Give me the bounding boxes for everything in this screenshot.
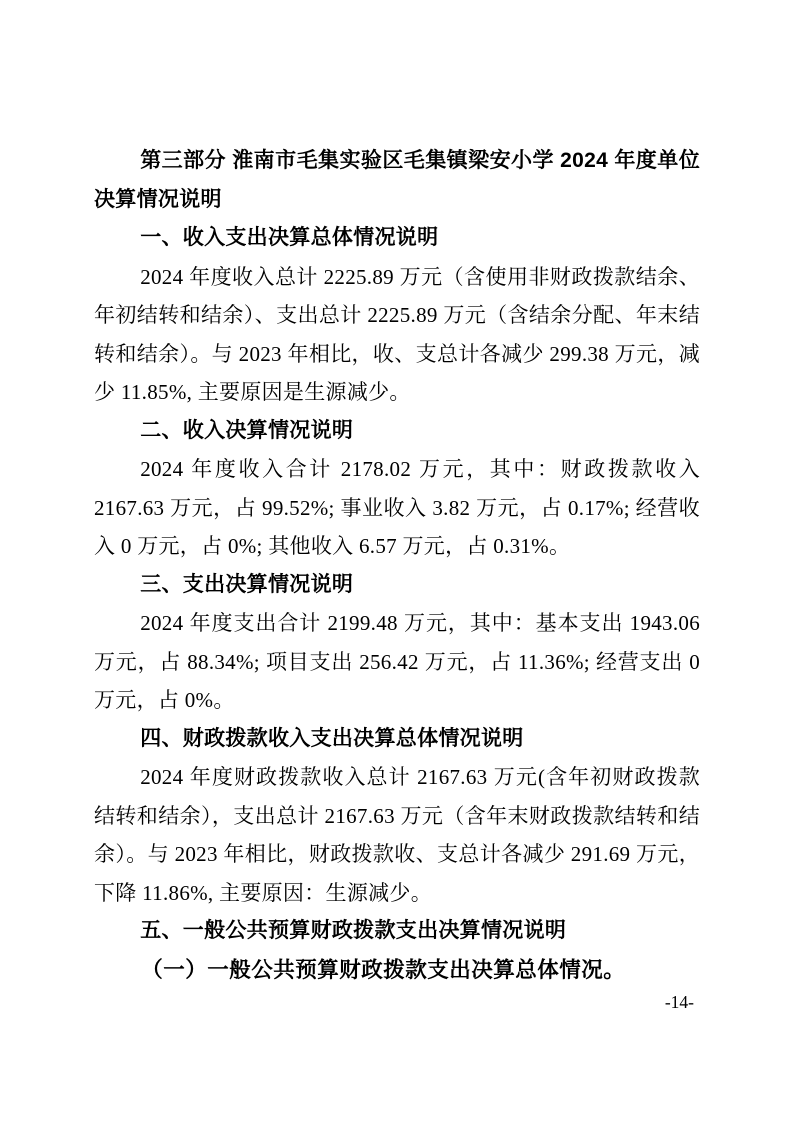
section-5-heading: 五、一般公共预算财政拨款支出决算情况说明	[94, 912, 700, 951]
section-3-paragraph: 2024 年度支出合计 2199.48 万元，其中：基本支出 1943.06 万…	[94, 604, 700, 720]
part-heading: 第三部分 淮南市毛集实验区毛集镇梁安小学 2024 年度单位决算情况说明	[94, 142, 700, 219]
section-2-heading: 二、收入决算情况说明	[94, 412, 700, 451]
section-1-heading: 一、收入支出决算总体情况说明	[94, 219, 700, 258]
section-4-paragraph: 2024 年度财政拨款收入总计 2167.63 万元(含年初财政拨款结转和结余）…	[94, 758, 700, 912]
document-page: 第三部分 淮南市毛集实验区毛集镇梁安小学 2024 年度单位决算情况说明 一、收…	[0, 0, 793, 1122]
section-1-paragraph: 2024 年度收入总计 2225.89 万元（含使用非财政拨款结余、年初结转和结…	[94, 258, 700, 412]
page-content: 第三部分 淮南市毛集实验区毛集镇梁安小学 2024 年度单位决算情况说明 一、收…	[94, 142, 700, 989]
subsection-1-heading: （一）一般公共预算财政拨款支出决算总体情况。	[94, 951, 700, 990]
section-2-paragraph: 2024 年度收入合计 2178.02 万元，其中：财政拨款收入 2167.63…	[94, 450, 700, 566]
section-3-heading: 三、支出决算情况说明	[94, 566, 700, 605]
page-number: -14-	[665, 992, 694, 1012]
section-4-heading: 四、财政拨款收入支出决算总体情况说明	[94, 720, 700, 759]
